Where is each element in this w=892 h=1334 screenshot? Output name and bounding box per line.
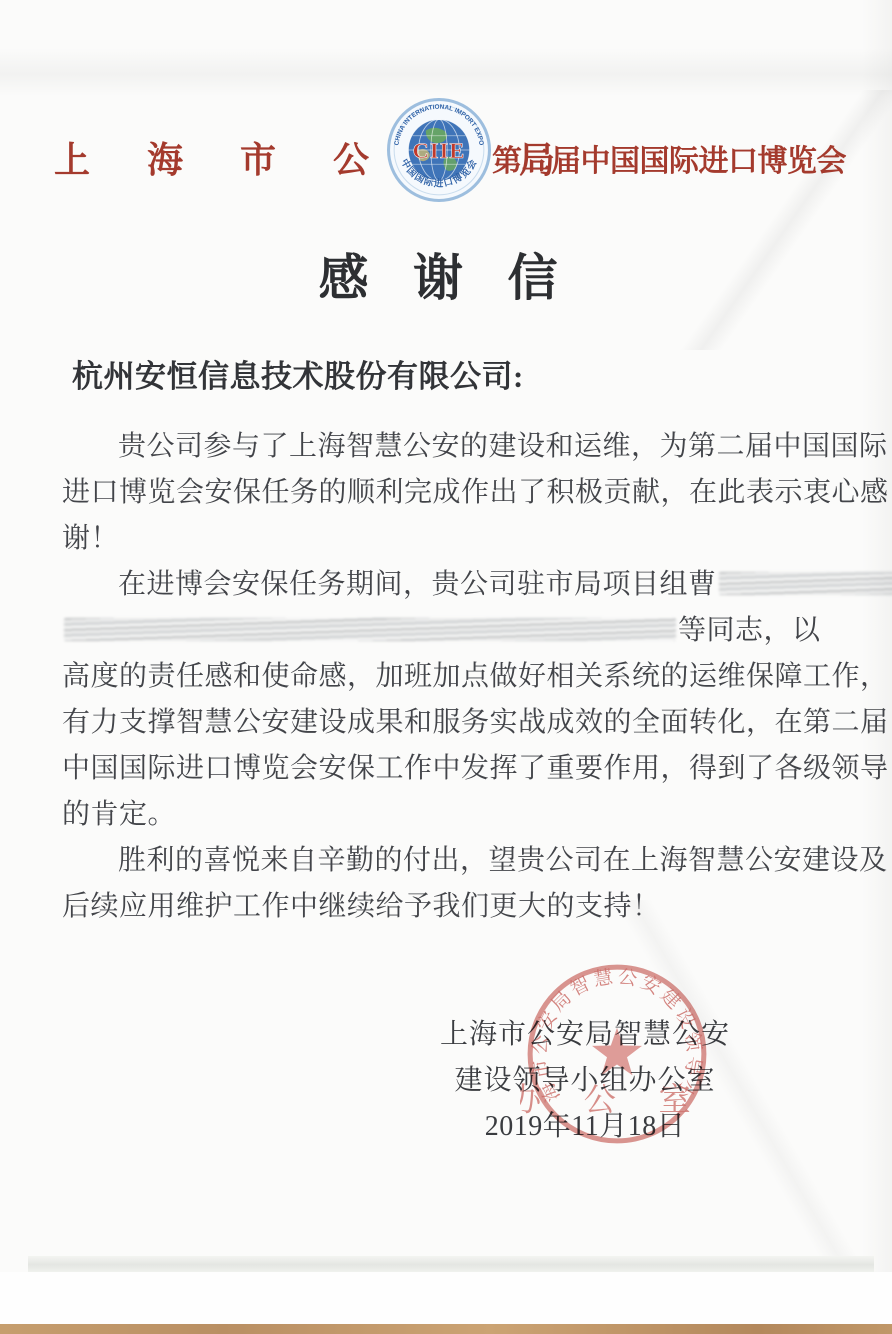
body-line: 进口博览会安保任务的顺利完成作出了积极贡献，在此表示衷心感 <box>62 470 868 516</box>
body-text: 等同志，以 <box>678 615 821 646</box>
body-text: 有力支撑智慧公安建设成果和服务实战成效的全面转化，在第二届 <box>62 707 889 738</box>
body-text: 的肯定。 <box>62 799 176 830</box>
table-edge-strip <box>0 1324 892 1334</box>
body-text: 进口博览会安保任务的顺利完成作出了积极贡献，在此表示衷心感 <box>62 477 889 508</box>
body-text: 高度的责任感和使命感，加班加点做好相关系统的运维保障工作， <box>62 661 889 692</box>
body-text: 贵公司参与了上海智慧公安的建设和运维，为第二届中国国际 <box>118 431 888 462</box>
body-line: 贵公司参与了上海智慧公安的建设和运维，为第二届中国国际 <box>62 424 868 470</box>
salutation: 杭州安恒信息技术股份有限公司: <box>72 351 524 396</box>
scan-artifact-band <box>0 48 892 96</box>
official-seal: 上海市公安局智慧公安建设领导小组 办公室 <box>520 957 714 1151</box>
body-line: 有力支撑智慧公安建设成果和服务实战成效的全面转化，在第二届 <box>62 700 868 746</box>
seal-center-text: 办公室 <box>520 1082 714 1118</box>
body-line: 等同志，以 <box>62 608 868 654</box>
ciie-expo-logo: CHINA INTERNATIONAL IMPORT EXPO 中国国际进口博览… <box>387 98 491 202</box>
body-line: 中国国际进口博览会安保工作中发挥了重要作用，得到了各级领导 <box>62 746 868 792</box>
body-text: 在进博会安保任务期间，贵公司驻市局项目组曹 <box>118 569 717 600</box>
paper-crease <box>622 90 892 350</box>
body-line: 谢！ <box>62 516 868 562</box>
header-event-title: 第二届中国国际进口博览会 <box>492 136 846 180</box>
body-line: 的肯定。 <box>62 792 868 838</box>
paper-bottom-edge <box>28 1256 874 1272</box>
body-text: 后续应用维护工作中继续给予我们更大的支持！ <box>62 891 661 922</box>
body-text: 胜利的喜悦来自辛勤的付出，望贵公司在上海智慧公安建设及 <box>118 845 888 876</box>
body-line: 胜利的喜悦来自辛勤的付出，望贵公司在上海智慧公安建设及 <box>62 838 868 884</box>
body-line: 后续应用维护工作中继续给予我们更大的支持！ <box>62 884 868 930</box>
letter-body: 贵公司参与了上海智慧公安的建设和运维，为第二届中国国际进口博览会安保任务的顺利完… <box>62 424 868 930</box>
body-text: 中国国际进口博览会安保工作中发挥了重要作用，得到了各级领导 <box>62 753 889 784</box>
logo-ciie-text: CIIE <box>413 138 466 163</box>
letter-title: 感 谢 信 <box>0 238 892 310</box>
star-icon <box>592 1028 642 1075</box>
body-line: 在进博会安保任务期间，贵公司驻市局项目组曹 <box>62 562 868 608</box>
redacted-names-smudge <box>64 618 676 641</box>
body-text: 谢！ <box>62 523 119 554</box>
scanned-letter-page: 上 海 市 公 安 局 CHINA INTERNATIONAL IMPORT E… <box>0 0 892 1334</box>
body-line: 高度的责任感和使命感，加班加点做好相关系统的运维保障工作， <box>62 654 868 700</box>
redacted-names-smudge <box>719 572 892 595</box>
